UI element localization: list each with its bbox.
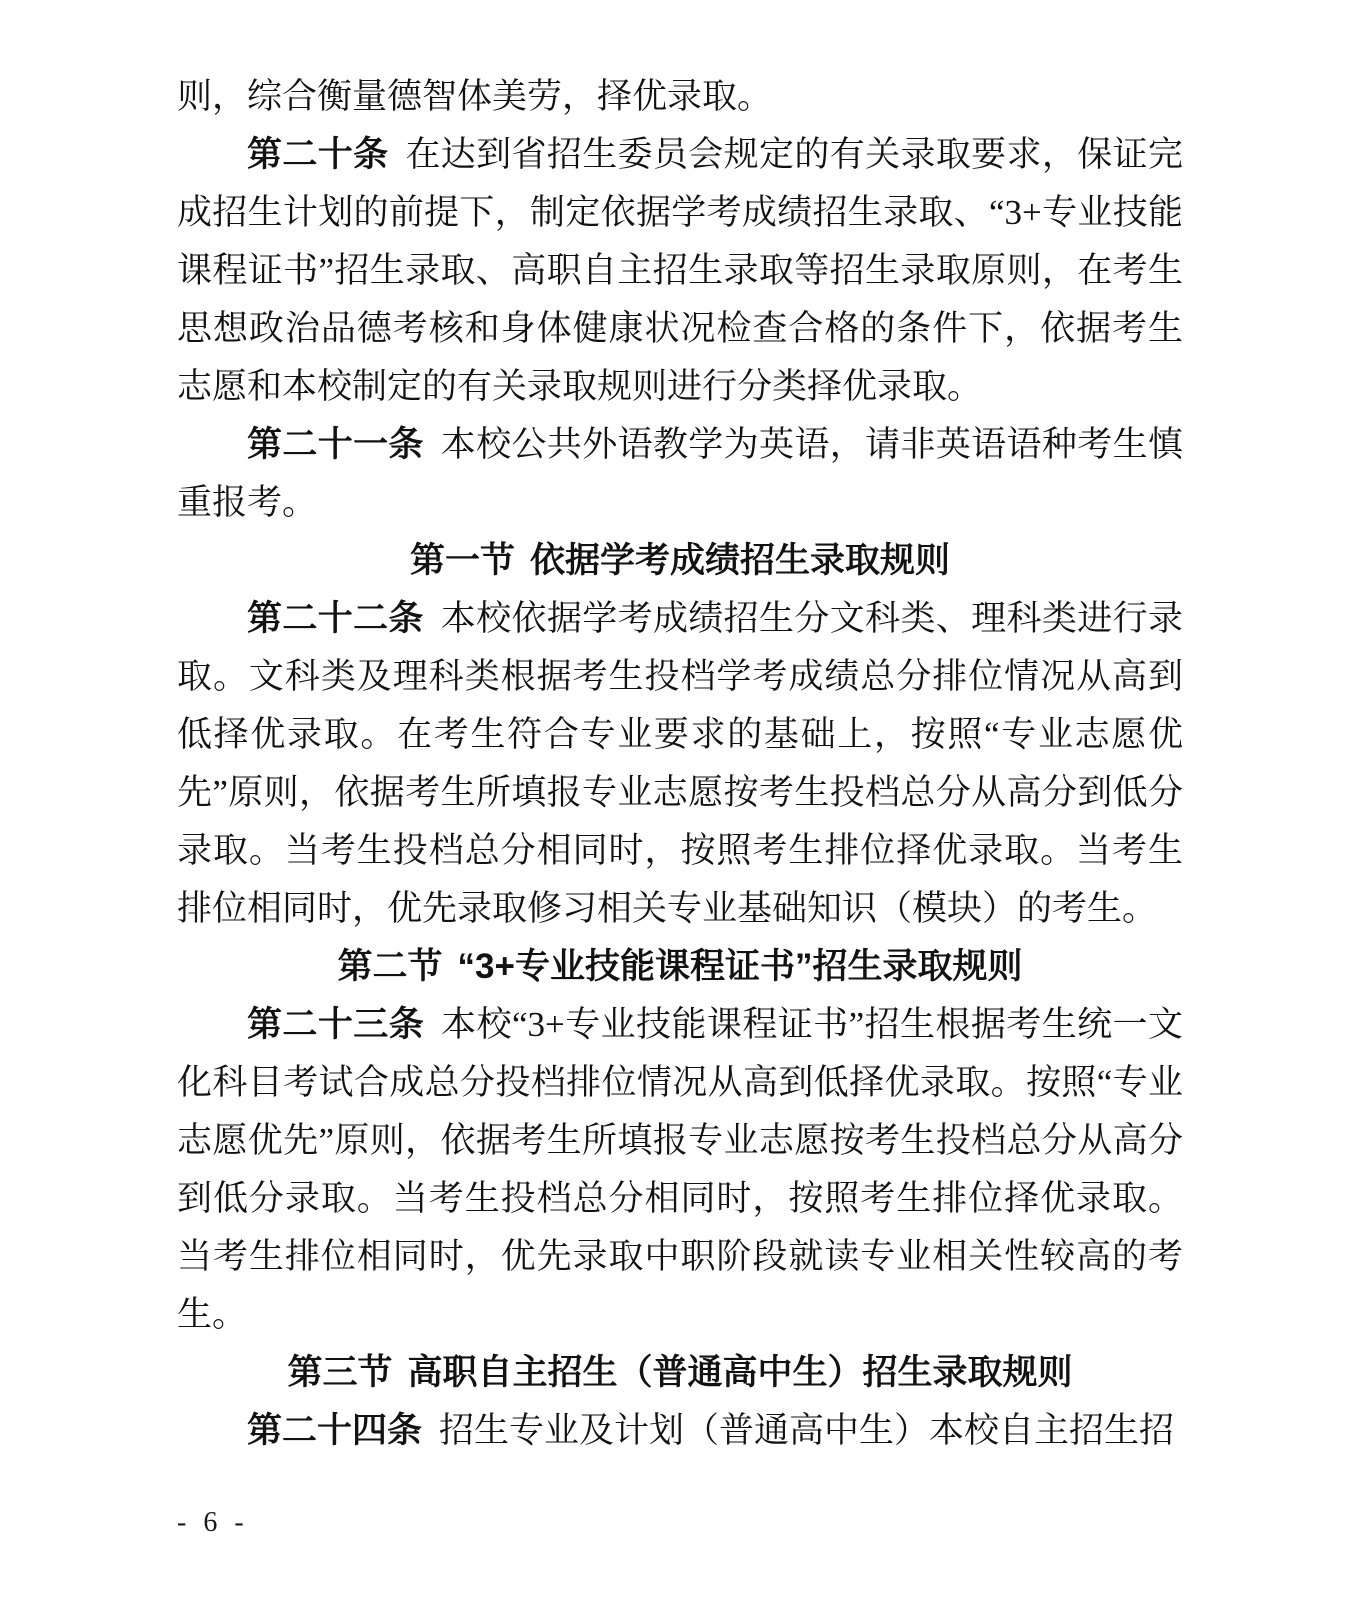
paragraph-text: 本校依据学考成绩招生分文科类、理科类进行录取。文科类及理科类根据考生投档学考成绩… — [177, 599, 1183, 928]
section-title: 依据学考成绩招生录取规则 — [530, 541, 950, 580]
article-number: 第二十三条 — [247, 1005, 424, 1044]
paragraph-article-23: 第二十三条本校“3+专业技能课程证书”招生根据考生统一文化科目考试合成总分投档排… — [177, 996, 1183, 1344]
article-number: 第二十一条 — [247, 425, 424, 464]
paragraph-continuation: 则，综合衡量德智体美劳，择优录取。 — [177, 68, 1183, 126]
document-page: { "content": { "blocks": [ { "type": "pa… — [0, 0, 1353, 1600]
article-number: 第二十四条 — [247, 1411, 422, 1450]
article-number: 第二十条 — [247, 135, 388, 174]
paragraph-article-20: 第二十条在达到省招生委员会规定的有关录取要求，保证完成招生计划的前提下，制定依据… — [177, 126, 1183, 416]
paragraph-article-22: 第二十二条本校依据学考成绩招生分文科类、理科类进行录取。文科类及理科类根据考生投… — [177, 590, 1183, 938]
section-heading-3: 第三节高职自主招生（普通高中生）招生录取规则 — [177, 1344, 1183, 1402]
section-title: 高职自主招生（普通高中生）招生录取规则 — [408, 1353, 1073, 1392]
section-heading-2: 第二节“3+专业技能课程证书”招生录取规则 — [177, 938, 1183, 996]
section-title: “3+专业技能课程证书”招生录取规则 — [458, 947, 1023, 986]
section-number: 第一节 — [410, 541, 515, 580]
section-heading-1: 第一节依据学考成绩招生录取规则 — [177, 532, 1183, 590]
paragraph-article-24: 第二十四条招生专业及计划（普通高中生）本校自主招生招 — [177, 1402, 1183, 1460]
paragraph-text: 则，综合衡量德智体美劳，择优录取。 — [177, 77, 772, 116]
article-number: 第二十二条 — [247, 599, 424, 638]
page-number: - 6 - — [177, 1506, 249, 1540]
paragraph-text: 在达到省招生委员会规定的有关录取要求，保证完成招生计划的前提下，制定依据学考成绩… — [177, 135, 1183, 406]
paragraph-text: 本校“3+专业技能课程证书”招生根据考生统一文化科目考试合成总分投档排位情况从高… — [177, 1005, 1183, 1334]
section-number: 第三节 — [287, 1353, 392, 1392]
paragraph-article-21: 第二十一条本校公共外语教学为英语，请非英语语种考生慎重报考。 — [177, 416, 1183, 532]
section-number: 第二节 — [338, 947, 443, 986]
text-column: 则，综合衡量德智体美劳，择优录取。 第二十条在达到省招生委员会规定的有关录取要求… — [177, 68, 1183, 1460]
paragraph-text: 招生专业及计划（普通高中生）本校自主招生招 — [439, 1411, 1174, 1450]
